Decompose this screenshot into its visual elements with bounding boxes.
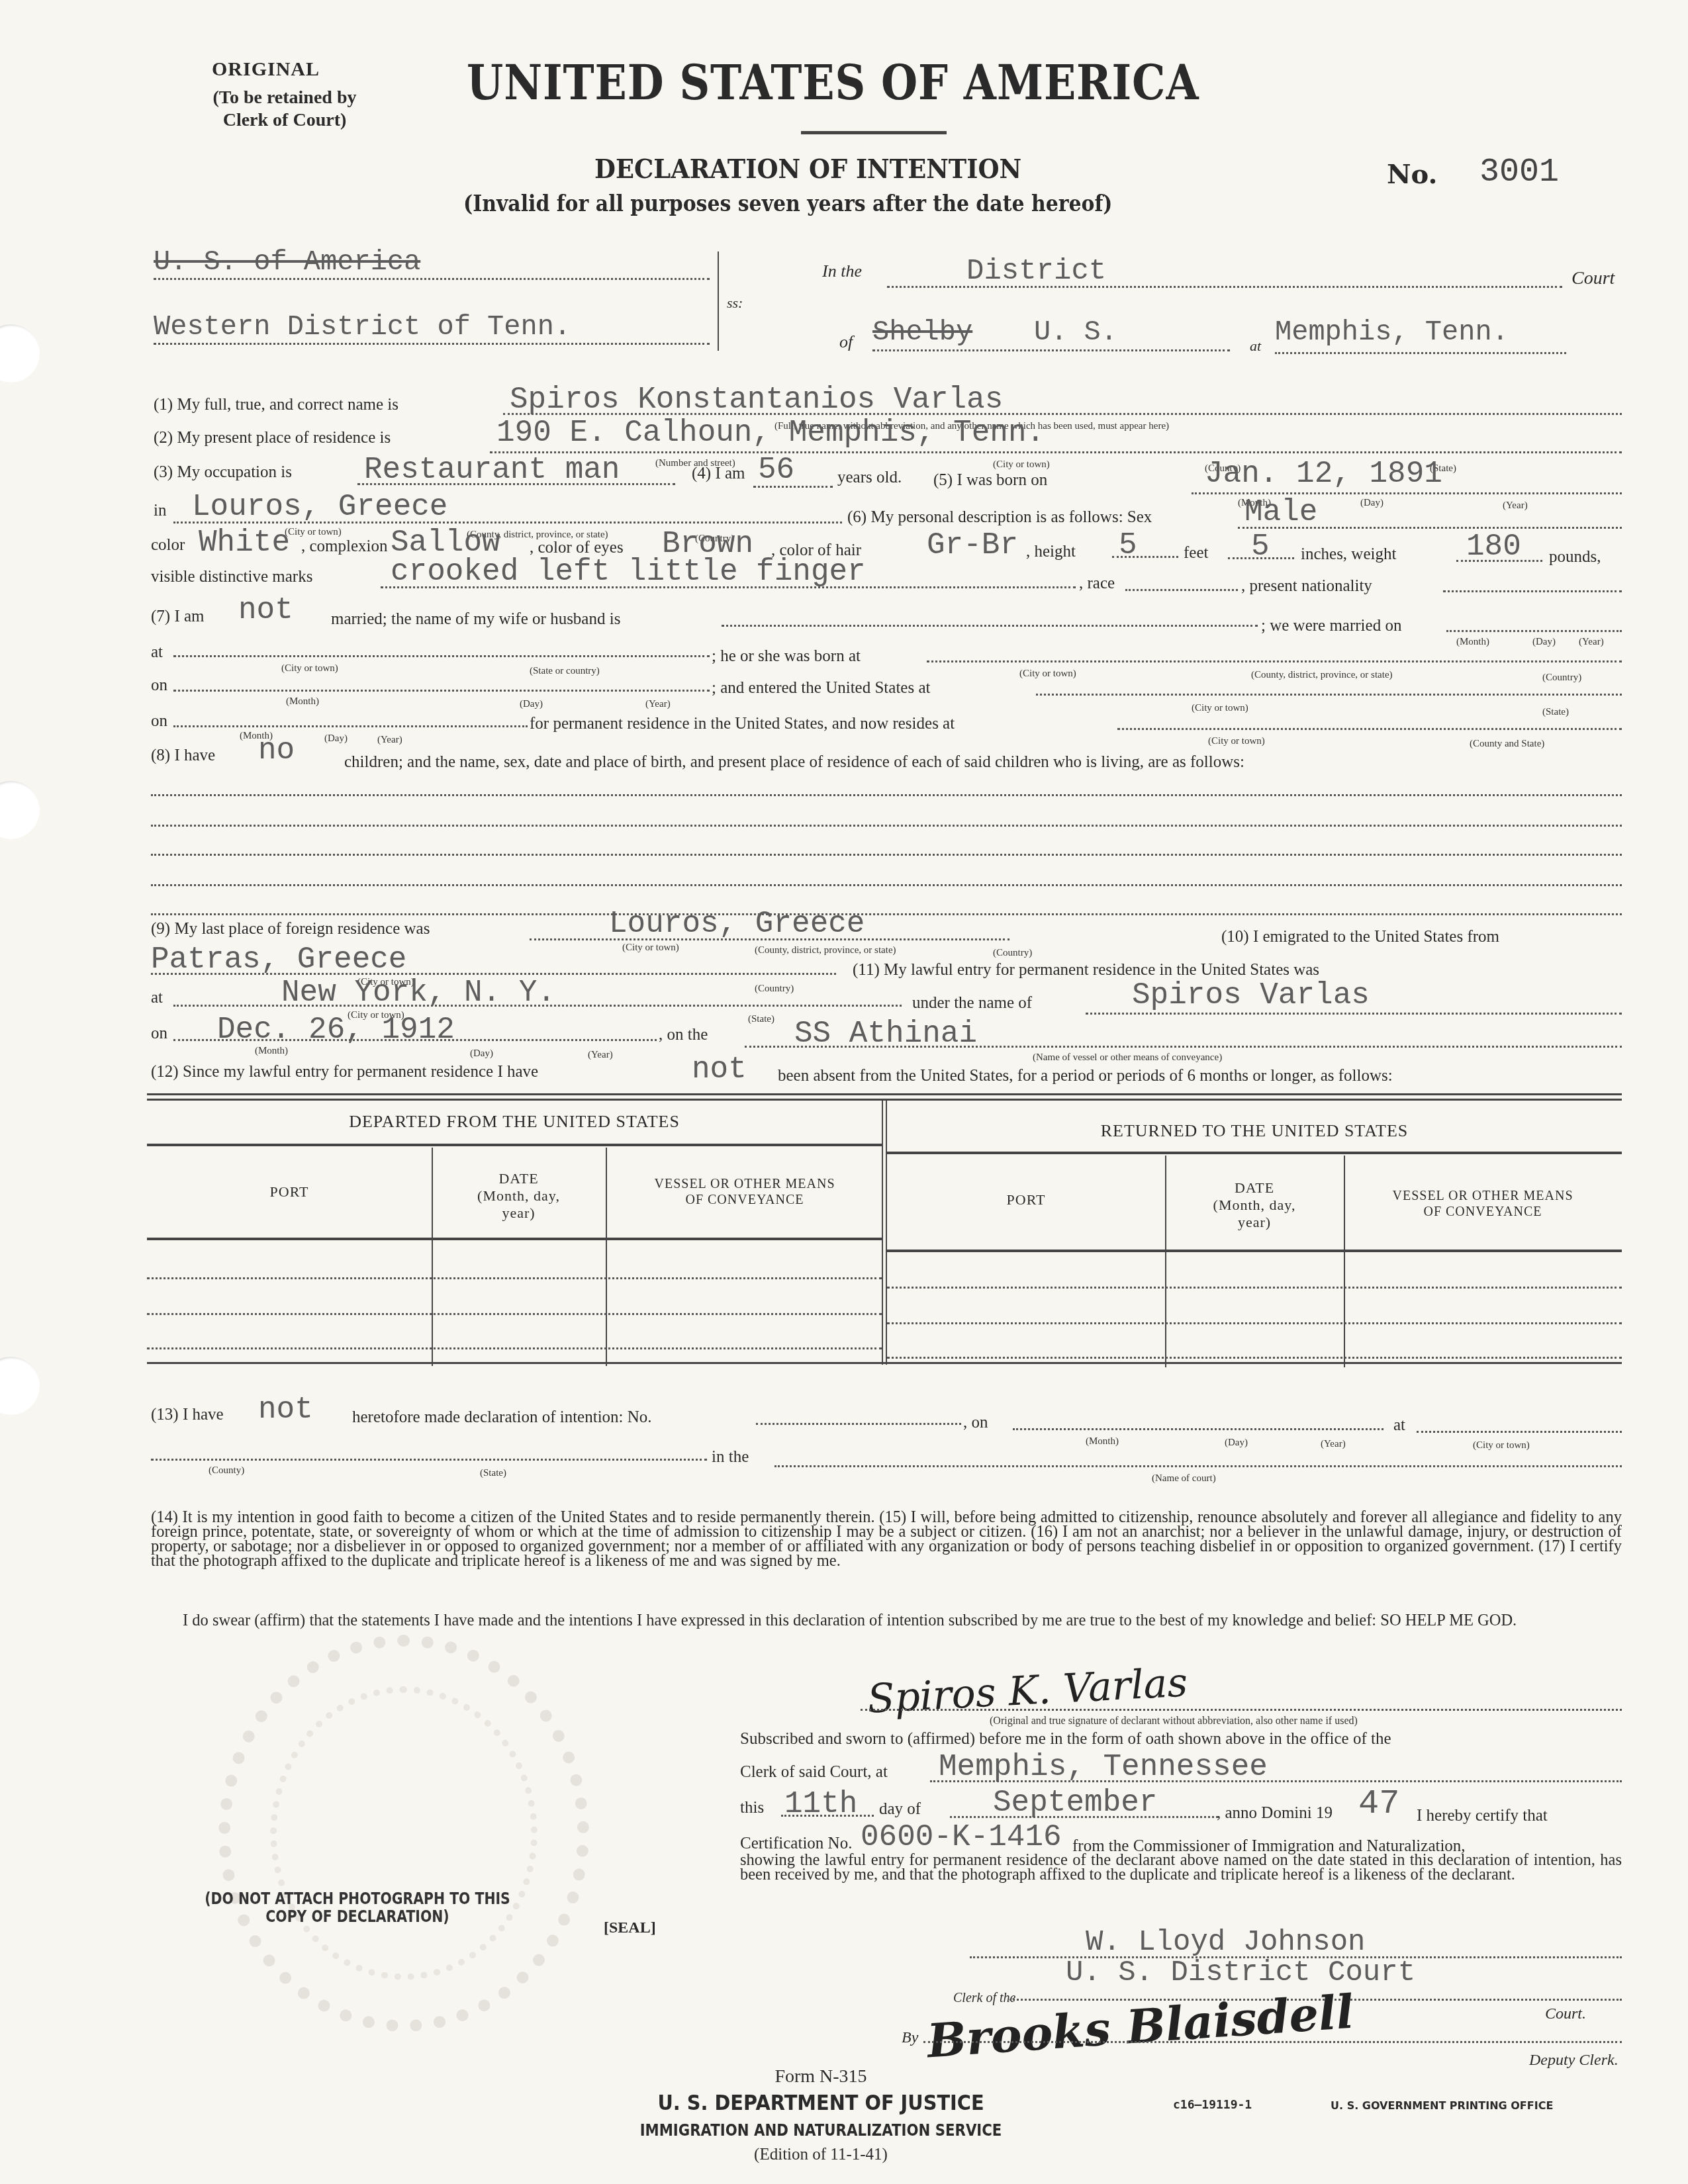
field-line <box>1086 1013 1622 1015</box>
field-line <box>1456 560 1542 562</box>
photo-note: COPY OF DECLARATION) <box>189 1907 526 1926</box>
complexion-label: , complexion <box>301 537 388 556</box>
field-line <box>490 451 1622 453</box>
entry-name-field: Spiros Varlas <box>1132 978 1370 1013</box>
department: U. S. DEPARTMENT OF JUSTICE <box>618 2090 1023 2115</box>
marks-label: visible distinctive marks <box>151 568 312 586</box>
hint: (Country) <box>755 983 794 995</box>
pounds-label: pounds, <box>1549 548 1601 567</box>
table-rule <box>147 1099 1622 1101</box>
hint: (State) <box>1542 707 1569 718</box>
col-port: PORT <box>147 1183 432 1201</box>
q2-label: (2) My present place of residence is <box>154 429 391 447</box>
year-field: 47 <box>1358 1784 1399 1823</box>
birthplace-field: Louros, Greece <box>192 490 447 524</box>
field-line <box>151 973 836 975</box>
on-label: on <box>151 712 167 731</box>
vessel-label: , on the <box>659 1026 708 1044</box>
table-row <box>147 1313 882 1315</box>
hint: (State) <box>480 1468 506 1479</box>
q3-label: (3) My occupation is <box>154 463 292 482</box>
field-line <box>1443 590 1622 592</box>
hint: (Country) <box>1542 672 1581 684</box>
hint: (Day) <box>1225 1437 1248 1449</box>
hint: (City or town) <box>1208 736 1265 747</box>
field-line <box>927 660 1622 662</box>
field-line <box>381 586 1076 588</box>
day-of-label: day of <box>879 1800 921 1819</box>
col-vessel-sub: OF CONVEYANCE <box>1344 1205 1622 1220</box>
col-vessel: VESSEL OR OTHER MEANS <box>1344 1189 1622 1204</box>
oath-paragraph: (14) It is my intention in good faith to… <box>151 1510 1622 1569</box>
declaration-number: 3001 <box>1479 154 1559 191</box>
field-line <box>530 938 1009 940</box>
hint: (Day) <box>520 699 543 710</box>
hint: (Month) <box>1456 637 1489 648</box>
signature-line <box>861 1709 1622 1711</box>
hint: (State or country) <box>530 666 600 677</box>
field-line <box>173 1005 902 1007</box>
photo-note: (DO NOT ATTACH PHOTOGRAPH TO THIS <box>189 1889 526 1908</box>
col-date-sub: (Month, day, <box>432 1187 606 1205</box>
column-divider <box>1344 1156 1345 1367</box>
residence-field: 190 E. Calhoun, Memphis, Tenn. <box>496 416 1045 450</box>
q13-text: heretofore made declaration of intention… <box>352 1408 652 1427</box>
returned-header: RETURNED TO THE UNITED STATES <box>887 1121 1622 1141</box>
ss-label: ss: <box>727 295 743 312</box>
col-date-sub: year) <box>432 1205 606 1222</box>
children-field: no <box>258 733 295 768</box>
hint: (City or town) <box>993 459 1050 471</box>
field-line <box>745 1046 1622 1048</box>
departed-header: DEPARTED FROM THE UNITED STATES <box>147 1112 882 1132</box>
q13-label: (13) I have <box>151 1406 224 1424</box>
of-label: of <box>839 332 853 352</box>
hint: (Year) <box>588 1050 613 1061</box>
struck-county: Shelby <box>872 316 972 348</box>
venue-line-1: U. S. of America <box>154 246 420 278</box>
service: IMMIGRATION AND NATURALIZATION SERVICE <box>618 2120 1023 2140</box>
month-field: September <box>993 1786 1157 1820</box>
field-line <box>173 725 528 727</box>
married-on-label: ; we were married on <box>1261 617 1401 635</box>
oath-place-field: Memphis, Tennessee <box>939 1750 1268 1784</box>
q7-text: married; the name of my wife or husband … <box>331 610 620 629</box>
retained-note: Clerk of Court) <box>162 110 407 131</box>
col-date: DATE <box>432 1170 606 1187</box>
field-line <box>930 1780 1622 1782</box>
invalid-note: (Invalid for all purposes seven years af… <box>463 191 1113 217</box>
weight-field: 180 <box>1466 529 1521 564</box>
field-line <box>173 1039 657 1041</box>
q11-label: (11) My lawful entry for permanent resid… <box>853 961 1319 979</box>
q7-label: (7) I am <box>151 608 205 626</box>
entered-label: ; and entered the United States at <box>712 679 930 698</box>
field-line <box>756 1423 961 1425</box>
declarant-signature: Spiros K. Varlas <box>867 1659 1189 1722</box>
hint: (County) <box>209 1465 244 1477</box>
field-line <box>154 278 710 280</box>
field-line <box>1238 527 1622 529</box>
hint: (Day) <box>1360 498 1383 509</box>
field-line <box>722 625 1258 627</box>
binder-hole <box>0 324 40 383</box>
field-line <box>173 522 842 523</box>
field-line <box>887 286 1562 288</box>
print-code: c16—19119-1 <box>1173 2098 1252 2112</box>
field-line <box>1036 694 1622 696</box>
field-line <box>1228 557 1294 559</box>
field-line <box>1117 728 1622 730</box>
in-label: in <box>154 502 166 520</box>
q1-label: (1) My full, true, and correct name is <box>154 396 399 414</box>
form-number: Form N-315 <box>688 2066 953 2087</box>
hint: (County, district, province, or state) <box>755 945 896 956</box>
field-line <box>781 1815 874 1817</box>
field-line <box>1446 630 1622 632</box>
hint: (Country) <box>993 948 1032 959</box>
children-line <box>151 825 1622 827</box>
form-subtitle: DECLARATION OF INTENTION <box>594 154 1021 185</box>
field-line <box>1192 492 1622 494</box>
marks-field: crooked left little finger <box>391 555 866 589</box>
retained-note: (To be retained by <box>162 87 407 109</box>
hint: (Year) <box>377 735 402 746</box>
field-line <box>151 1459 707 1461</box>
printer: U. S. GOVERNMENT PRINTING OFFICE <box>1331 2099 1553 2112</box>
of-value: U. S. <box>1034 316 1117 348</box>
entry-date-field: Dec. 26, 1912 <box>217 1013 455 1047</box>
field-line <box>173 655 710 657</box>
born-at-label: ; he or she was born at <box>712 647 861 666</box>
q9-label: (9) My last place of foreign residence w… <box>151 920 430 938</box>
binder-hole <box>0 781 40 839</box>
hint: (Year) <box>1321 1439 1346 1450</box>
hint: (Day) <box>470 1048 493 1060</box>
title-rule <box>801 131 947 134</box>
table-rule <box>887 1152 1622 1154</box>
field-line <box>1013 1428 1383 1430</box>
certify-label: I hereby certify that <box>1417 1807 1548 1825</box>
table-rule <box>147 1093 1622 1095</box>
number-label: No. <box>1387 159 1437 190</box>
hint: (Month) <box>286 696 319 707</box>
children-line <box>151 854 1622 856</box>
on-label: on <box>151 676 167 695</box>
deputy-label: Deputy Clerk. <box>1529 2052 1618 2070</box>
on-label: on <box>151 1024 167 1043</box>
birthdate-field: Jan. 12, 1891 <box>1205 457 1442 491</box>
hint: (Month) <box>255 1046 288 1057</box>
hint: (City or town) <box>281 663 338 674</box>
hint: (Day) <box>1532 637 1556 648</box>
perm-label: for permanent residence in the United St… <box>530 715 955 733</box>
table-rule <box>147 1144 882 1146</box>
age-field: 56 <box>758 453 794 487</box>
hint: (Day) <box>324 733 348 745</box>
field-line <box>950 1816 1218 1818</box>
color-field: White <box>199 525 290 560</box>
field-line <box>1112 556 1178 558</box>
hint: (Year) <box>1579 637 1604 648</box>
sworn-text: Subscribed and sworn to (affirmed) befor… <box>740 1730 1391 1749</box>
sex-field: Male <box>1244 495 1317 529</box>
certification-number-field: 0600-K-1416 <box>861 1820 1062 1854</box>
children-line <box>151 884 1622 886</box>
at-label: at <box>1393 1416 1405 1435</box>
field-line <box>872 349 1230 351</box>
col-date-sub: year) <box>1165 1214 1344 1231</box>
hint: (County and State) <box>1470 739 1544 750</box>
at-label: at <box>1250 338 1261 355</box>
hint: (City or town) <box>1473 1440 1530 1451</box>
hint: (Month) <box>1086 1436 1119 1447</box>
emigrated-from-field: Patras, Greece <box>151 942 406 977</box>
table-row <box>887 1287 1622 1289</box>
q8-label: (8) I have <box>151 747 215 765</box>
inches-label: inches, weight <box>1301 545 1396 564</box>
in-the-label: In the <box>822 261 862 281</box>
height-label: , height <box>1026 543 1076 561</box>
hint: (Year) <box>645 699 671 710</box>
q6-label: (6) My personal description is as follow… <box>847 508 1152 527</box>
hint: (City or town) <box>622 942 679 954</box>
court-label: Court <box>1571 268 1615 289</box>
married-field: not <box>238 593 293 627</box>
by-label: By <box>902 2029 918 2047</box>
field-line <box>1417 1431 1622 1433</box>
col-date: DATE <box>1165 1179 1344 1197</box>
field-line <box>154 343 710 345</box>
nationality-label: , present nationality <box>1241 577 1372 596</box>
q8-text: children; and the name, sex, date and pl… <box>344 753 1244 772</box>
hint: (Name of court) <box>1152 1473 1216 1484</box>
full-name-field: Spiros Konstantanios Varlas <box>510 383 1003 417</box>
race-label: , race <box>1079 574 1115 593</box>
table-divider <box>882 1100 883 1365</box>
court-label: Court. <box>1545 2005 1586 2023</box>
at-label: at <box>151 989 163 1007</box>
col-vessel: VESSEL OR OTHER MEANS <box>606 1177 884 1192</box>
hint: (Year) <box>1503 500 1528 512</box>
table-row <box>147 1347 882 1349</box>
on-label: , on <box>963 1414 988 1432</box>
field-line <box>1125 589 1238 591</box>
hint: (County, district, province, or state) <box>1251 670 1393 681</box>
brace <box>718 251 719 351</box>
venue-city: Memphis, Tenn. <box>1275 316 1509 348</box>
col-port: PORT <box>887 1191 1165 1208</box>
table-row <box>887 1357 1622 1359</box>
clerk-name: W. Lloyd Johnson <box>1086 1926 1365 1959</box>
venue-line-2: Western District of Tenn. <box>154 311 571 343</box>
field-line <box>774 1465 1622 1467</box>
oath-swear: I do swear (affirm) that the statements … <box>151 1614 1622 1628</box>
signature-line <box>923 2041 1622 2043</box>
children-line <box>151 913 1622 915</box>
q5-label: (5) I was born on <box>933 471 1047 490</box>
hair-field: Gr-Br <box>927 528 1018 563</box>
field-line <box>1275 352 1566 354</box>
page-title: UNITED STATES OF AMERICA <box>467 54 1199 111</box>
anno-label: , anno Domini 19 <box>1217 1804 1333 1823</box>
signature-hint: (Original and true signature of declaran… <box>990 1715 1358 1727</box>
seal-label: [SEAL] <box>604 1919 656 1937</box>
binder-hole <box>0 1357 40 1415</box>
entry-name-label: under the name of <box>912 994 1032 1013</box>
hint: (State) <box>748 1014 774 1025</box>
hint: (City or town) <box>1019 668 1076 680</box>
field-line <box>357 483 675 485</box>
table-rule <box>147 1238 882 1240</box>
color-label: color <box>151 536 185 555</box>
this-label: this <box>740 1799 764 1817</box>
children-line <box>151 794 1622 796</box>
in-the-label: in the <box>712 1448 749 1467</box>
clerk-of-the-label: Clerk of the <box>953 1991 1015 2006</box>
col-vessel-sub: OF CONVEYANCE <box>606 1193 884 1208</box>
hint: (City or town) <box>285 527 342 538</box>
cert-label: Certification No. <box>740 1835 852 1853</box>
cert-paragraph: showing the lawful entry for permanent r… <box>740 1853 1622 1882</box>
foreign-residence-field: Louros, Greece <box>609 907 865 941</box>
field-line <box>503 413 1622 415</box>
q10-label: (10) I emigrated to the United States fr… <box>1221 928 1499 946</box>
field-line <box>173 690 710 692</box>
court-type: District <box>966 255 1106 288</box>
q4-label: (4) I am <box>692 465 745 483</box>
at-label: at <box>151 643 163 662</box>
table-row <box>887 1322 1622 1324</box>
table-row <box>147 1277 882 1279</box>
feet-label: feet <box>1184 544 1208 563</box>
clerk-court-field: U. S. District Court <box>1066 1956 1415 1989</box>
col-date-sub: (Month, day, <box>1165 1197 1344 1214</box>
original-label: ORIGINAL <box>212 58 320 81</box>
absent-field: not <box>692 1052 747 1087</box>
prior-declaration-field: not <box>258 1392 313 1427</box>
q12-label: (12) Since my lawful entry for permanent… <box>151 1063 538 1081</box>
clerk-at-label: Clerk of said Court, at <box>740 1763 888 1782</box>
edition: (Edition of 11-1-41) <box>688 2146 953 2164</box>
embossed-seal <box>218 1635 589 2032</box>
hint: (City or town) <box>1192 703 1248 714</box>
age-suffix: years old. <box>837 469 902 487</box>
field-line <box>753 486 833 488</box>
occupation-field: Restaurant man <box>364 453 620 487</box>
table-rule <box>887 1250 1622 1252</box>
hint: (Name of vessel or other means of convey… <box>1033 1052 1222 1064</box>
table-rule <box>147 1362 1622 1364</box>
q12-text: been absent from the United States, for … <box>778 1067 1393 1085</box>
